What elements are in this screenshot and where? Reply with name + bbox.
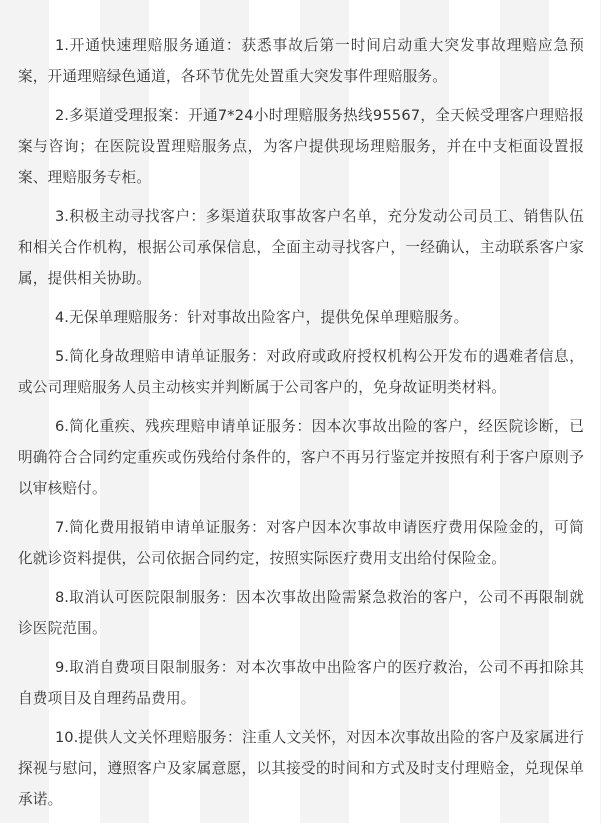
item-number: 6. <box>55 418 69 435</box>
item-title: 开通快速理赔服务通道： <box>69 37 242 54</box>
paragraph-4: 4.无保单理赔服务：针对事故出险客户，提供免保单理赔服务。 <box>18 302 584 333</box>
item-number: 10. <box>55 729 78 746</box>
item-number: 5. <box>55 348 69 365</box>
item-number: 2. <box>55 107 69 124</box>
item-title: 积极主动寻找客户： <box>69 208 206 225</box>
item-title: 简化身故理赔申请单证服务： <box>69 348 266 365</box>
item-title: 多渠道受理报案： <box>69 107 188 124</box>
item-title: 无保单理赔服务： <box>69 309 187 326</box>
item-title: 取消认可医院限制服务： <box>69 589 236 606</box>
paragraph-6: 6.简化重疾、残疾理赔申请单证服务：因本次事故出险的客户，经医院诊断，已明确符合… <box>18 411 584 504</box>
item-number: 3. <box>55 208 69 225</box>
item-body: 针对事故出险客户，提供免保单理赔服务。 <box>187 309 468 326</box>
item-number: 1. <box>55 37 69 54</box>
paragraph-10: 10.提供人文关怀理赔服务：注重人文关怀，对因本次事故出险的客户及家属进行探视与… <box>18 722 584 792</box>
paragraph-5: 5.简化身故理赔申请单证服务：对政府或政府授权机构公开发布的遇难者信息，或公司理… <box>18 341 584 403</box>
paragraph-7: 7.简化费用报销申请单证服务：对客户因本次事故申请医疗费用保险金的，可简化就诊资… <box>18 512 584 574</box>
item-number: 8. <box>55 589 69 606</box>
paragraph-2: 2.多渠道受理报案：开通7*24小时理赔服务热线95567，全天候受理客户理赔报… <box>18 100 584 193</box>
item-number: 4. <box>55 309 69 326</box>
paragraph-8: 8.取消认可医院限制服务：因本次事故出险需紧急救治的客户，公司不再限制就诊医院范… <box>18 582 584 644</box>
item-title: 取消自费项目限制服务： <box>69 659 236 676</box>
paragraph-3: 3.积极主动寻找客户：多渠道获取事故客户名单，充分发动公司员工、销售队伍和相关合… <box>18 201 584 294</box>
item-title: 提供人文关怀理赔服务： <box>78 729 242 746</box>
paragraph-9: 9.取消自费项目限制服务：对本次事故中出险客户的医疗救治，公司不再扣除其自费项目… <box>18 652 584 714</box>
item-title: 简化重疾、残疾理赔申请单证服务： <box>69 418 312 435</box>
item-title: 简化费用报销申请单证服务： <box>69 519 266 536</box>
item-number: 9. <box>55 659 69 676</box>
article-body: 1.开通快速理赔服务通道：获悉事故后第一时间启动重大突发事故理赔应急预案，开通理… <box>18 30 584 792</box>
paragraph-1: 1.开通快速理赔服务通道：获悉事故后第一时间启动重大突发事故理赔应急预案，开通理… <box>18 30 584 92</box>
item-number: 7. <box>55 519 69 536</box>
